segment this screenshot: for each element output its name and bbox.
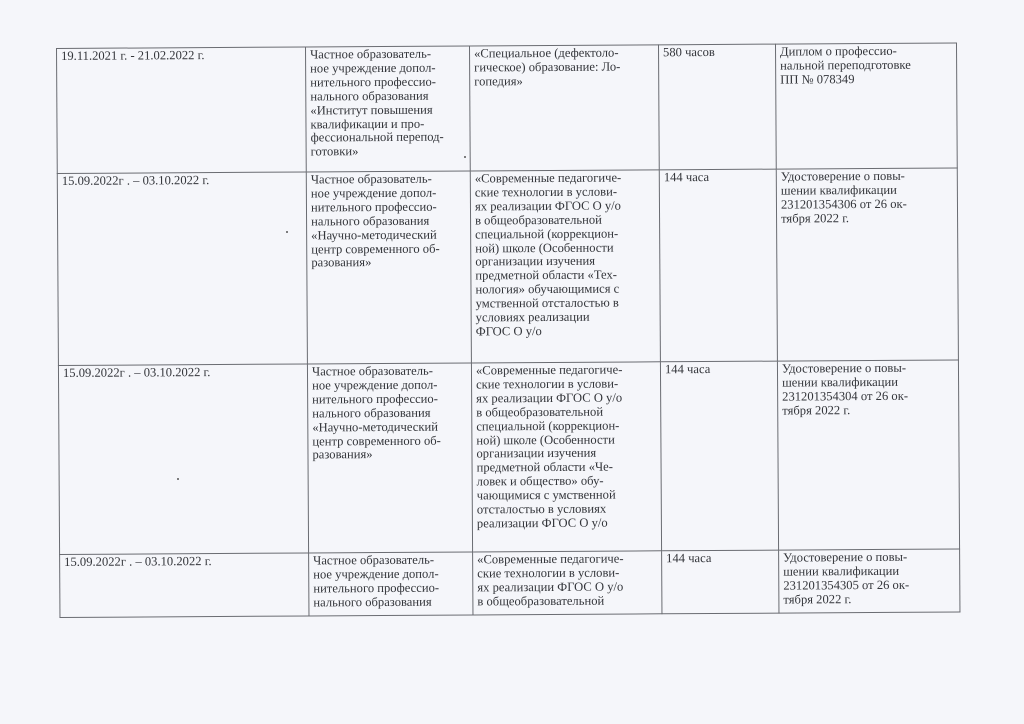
organization-cell: Частное образователь- ное учреждение доп… — [309, 552, 473, 616]
hours-text: 144 часа — [666, 552, 774, 567]
table-row: 15.09.2022г . – 03.10.2022 г. Частное об… — [58, 360, 959, 554]
program-cell: «Современные педагогиче- ские технологии… — [471, 362, 661, 552]
period-text: 15.09.2022г . – 03.10.2022 г. — [62, 174, 302, 189]
organization-text: Частное образователь- ное учреждение доп… — [313, 553, 468, 610]
period-text: 15.09.2022г . – 03.10.2022 г. — [64, 554, 304, 569]
scan-speck — [464, 156, 466, 158]
hours-cell: 144 часа — [662, 550, 779, 614]
hours-cell: 144 часа — [660, 361, 778, 551]
period-cell: 15.09.2022г . – 03.10.2022 г. — [57, 172, 307, 366]
period-text: 19.11.2021 г. - 21.02.2022 г. — [61, 49, 301, 64]
hours-cell: 144 часа — [659, 169, 777, 362]
program-text: «Современные педагогиче- ские технологии… — [477, 552, 657, 609]
hours-text: 144 часа — [665, 363, 773, 378]
period-text: 15.09.2022г . – 03.10.2022 г. — [63, 365, 303, 380]
hours-cell: 580 часов — [658, 44, 776, 170]
program-cell: «Современные педагогиче- ские технологии… — [473, 551, 662, 615]
organization-cell: Частное образователь- ное учреждение доп… — [306, 171, 471, 364]
hours-text: 144 часа — [664, 171, 772, 186]
table-row: 19.11.2021 г. - 21.02.2022 г. Частное об… — [57, 43, 958, 173]
document-cell: Удостоверение о повы- шении квалификации… — [779, 549, 960, 613]
scan-speck — [177, 478, 179, 480]
program-text: «Специальное (дефектоло- гическое) образ… — [474, 46, 654, 89]
document-text: Удостоверение о повы- шении квалификации… — [783, 551, 955, 608]
document-text: Удостоверение о повы- шении квалификации… — [781, 170, 953, 227]
organization-text: Частное образователь- ное учреждение доп… — [310, 48, 466, 160]
organization-text: Частное образователь- ное учреждение доп… — [312, 364, 468, 462]
document-text: Удостоверение о повы- шении квалификации… — [782, 362, 954, 419]
organization-text: Частное образователь- ное учреждение доп… — [311, 172, 467, 270]
qualification-table: 19.11.2021 г. - 21.02.2022 г. Частное об… — [56, 42, 960, 617]
program-text: «Современные педагогиче- ские технологии… — [476, 363, 657, 531]
document-cell: Удостоверение о повы- шении квалификации… — [776, 168, 958, 361]
scanned-page: 19.11.2021 г. - 21.02.2022 г. Частное об… — [0, 0, 1024, 724]
period-cell: 15.09.2022г . – 03.10.2022 г. — [58, 364, 308, 555]
table-row: 15.09.2022г . – 03.10.2022 г. Частное об… — [60, 549, 960, 617]
program-text: «Современные педагогиче- ские технологии… — [475, 171, 656, 339]
document-cell: Диплом о профессио- нальной переподготов… — [775, 43, 957, 169]
program-cell: «Специальное (дефектоло- гическое) образ… — [469, 45, 659, 171]
period-cell: 19.11.2021 г. - 21.02.2022 г. — [57, 47, 307, 174]
period-cell: 15.09.2022г . – 03.10.2022 г. — [60, 553, 309, 618]
table-row: 15.09.2022г . – 03.10.2022 г. Частное об… — [57, 168, 958, 365]
document-text: Диплом о профессио- нальной переподготов… — [780, 45, 952, 88]
hours-text: 580 часов — [663, 46, 771, 61]
program-cell: «Современные педагогиче- ские технологии… — [470, 170, 660, 363]
organization-cell: Частное образователь- ное учреждение доп… — [305, 46, 470, 172]
scan-speck — [286, 231, 288, 233]
organization-cell: Частное образователь- ное учреждение доп… — [307, 363, 472, 553]
document-cell: Удостоверение о повы- шении квалификации… — [777, 360, 959, 550]
